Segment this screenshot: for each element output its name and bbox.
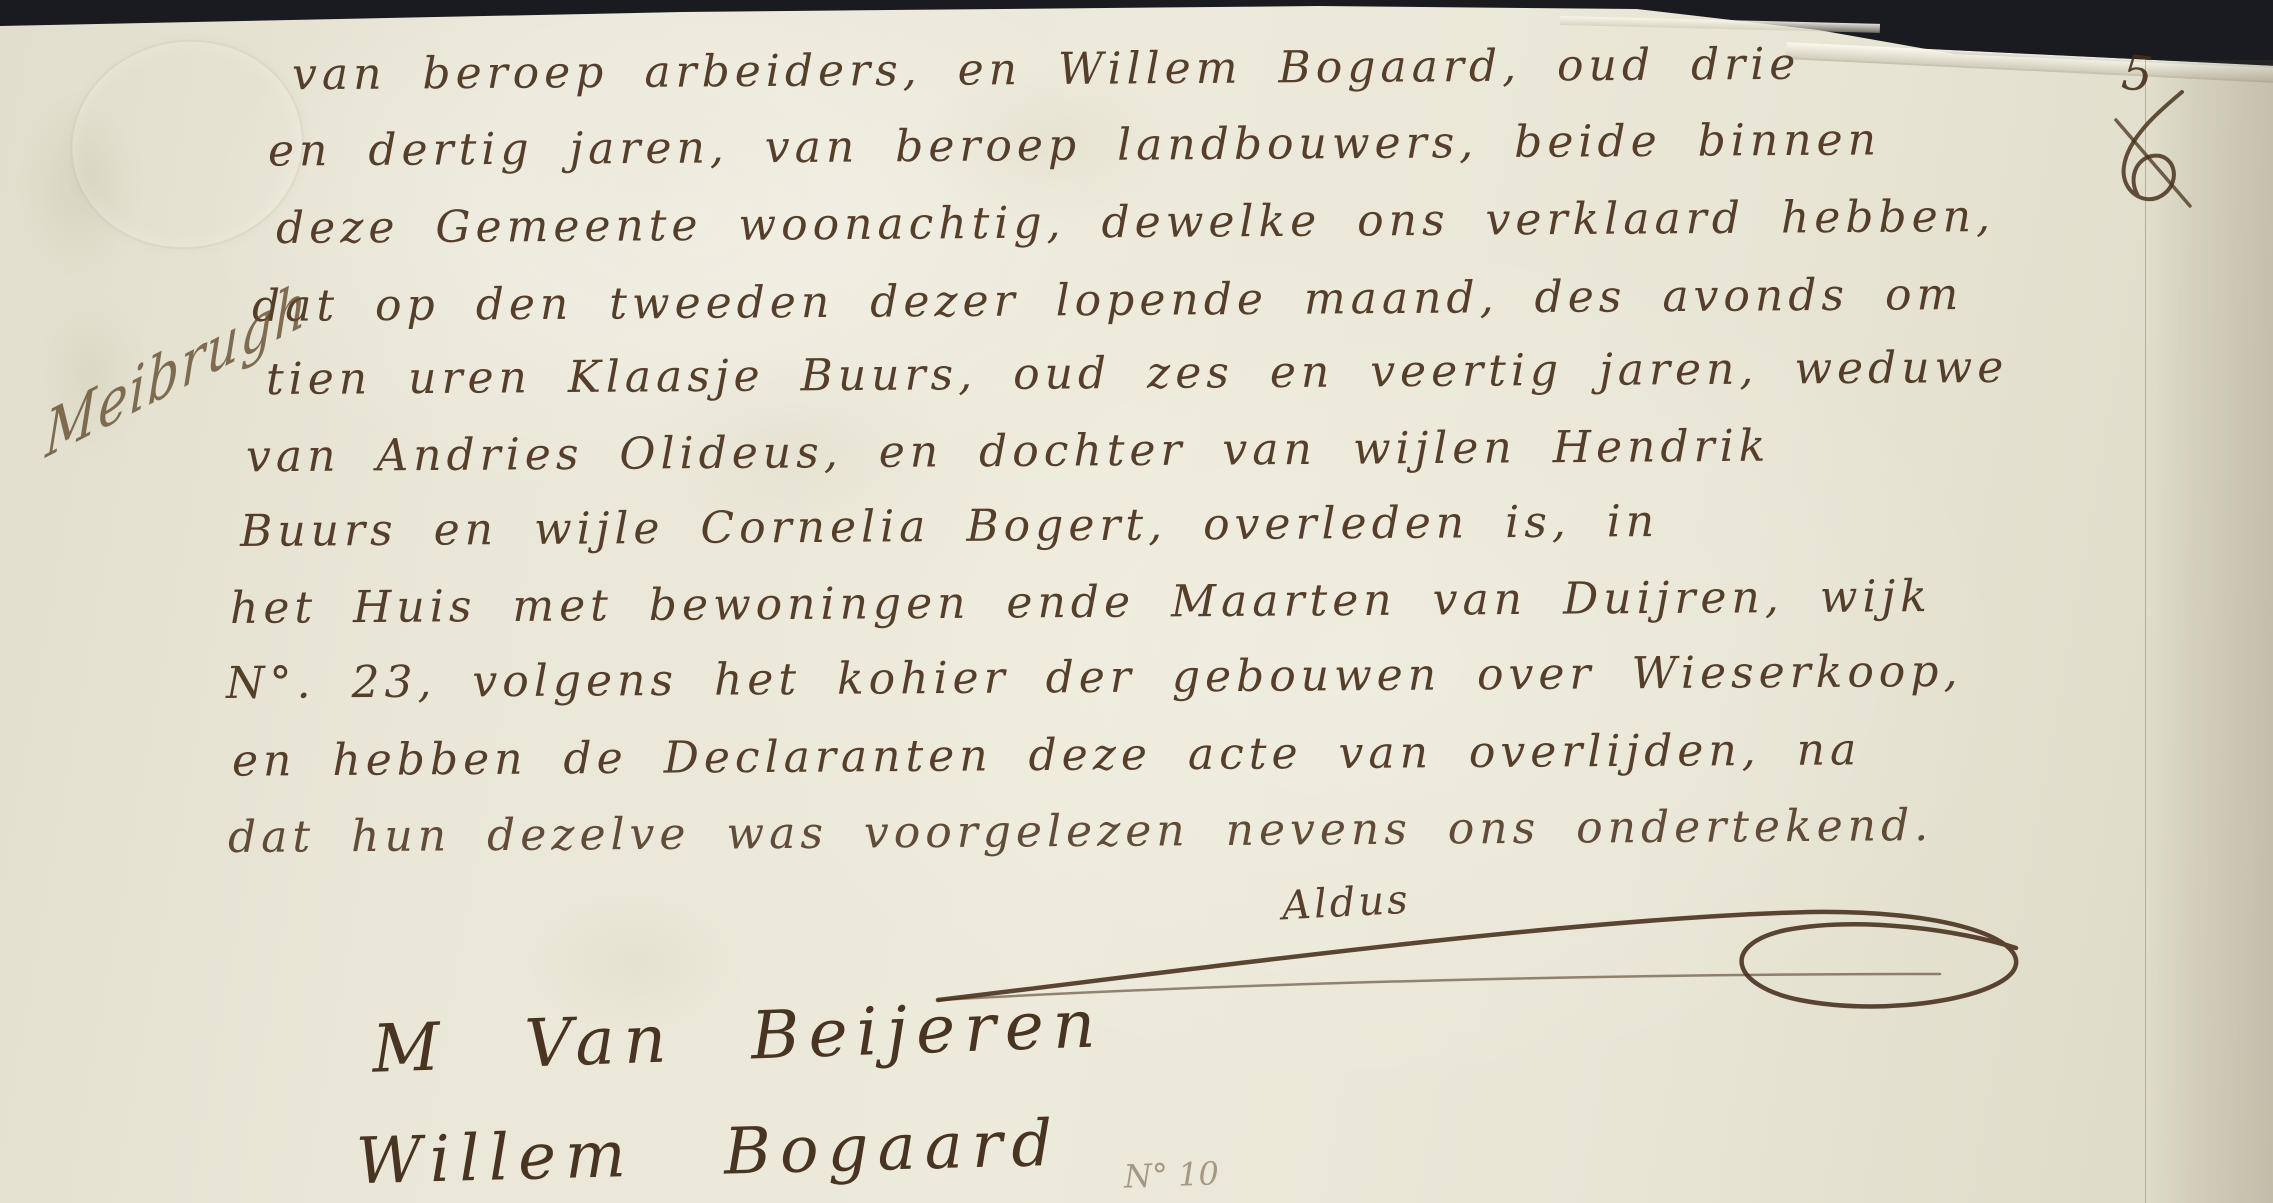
scanned-document-view: { "document": { "kind_label": "handwritt… <box>0 0 2273 1203</box>
book-gutter-shadow <box>2145 60 2273 1203</box>
manuscript-line: Buurs en wijle Cornelia Bogert, overlede… <box>240 496 1660 557</box>
footer-archival-mark: N° 10 <box>1123 1154 1219 1195</box>
folio-paraph <box>2098 86 2208 226</box>
manuscript-line: van beroep arbeiders, en Willem Bogaard,… <box>292 39 1801 101</box>
manuscript-line: van Andries Olideus, en dochter van wijl… <box>246 421 1771 483</box>
